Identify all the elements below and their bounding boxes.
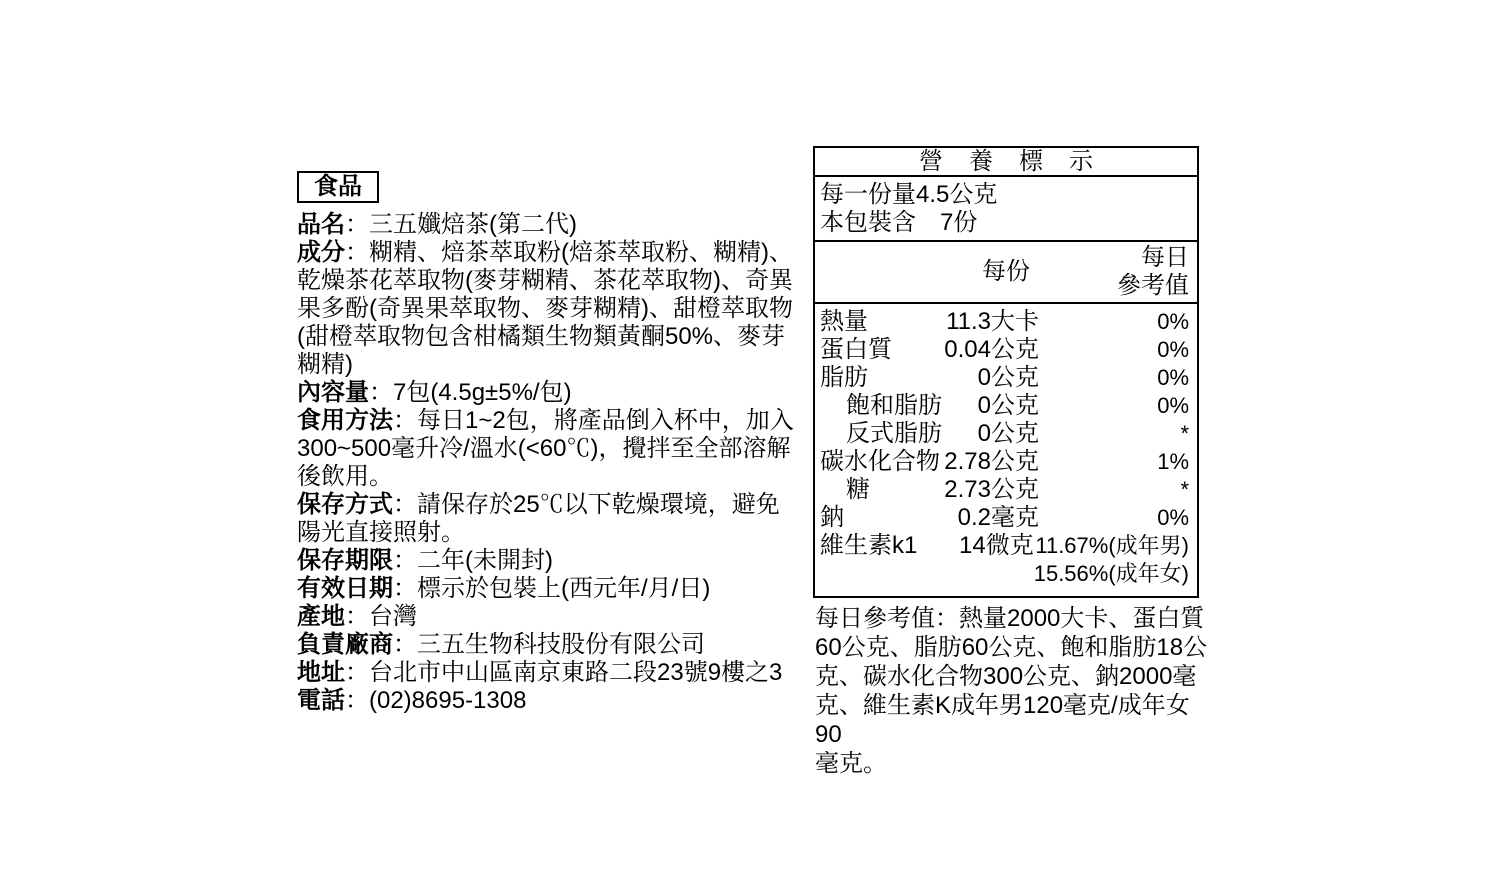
row-label: 飽和脂肪	[820, 392, 942, 420]
field-address-label: 地址	[297, 659, 345, 686]
row-daily-value: 11.67%(成年男) 15.56%(成年女)	[1034, 532, 1189, 588]
row-daily-value: 0%	[1039, 504, 1189, 532]
field-address: 地址：台北市中山區南京東路二段23號9樓之3	[297, 659, 797, 687]
food-category-label: 食品	[314, 173, 362, 200]
food-category-badge: 食品	[297, 171, 379, 203]
nutrition-row-calories: 熱量 11.3大卡 0%	[820, 308, 1189, 336]
row-value: 0公克	[942, 420, 1039, 448]
field-shelf-life: 保存期限：二年(未開封)	[297, 547, 797, 575]
field-origin-label: 產地	[297, 603, 345, 630]
field-phone-label: 電話	[297, 687, 345, 714]
field-expiry-date-label: 有效日期	[297, 575, 393, 602]
nutrition-row-sodium: 鈉 0.2毫克 0%	[820, 504, 1189, 532]
nutrition-row-trans-fat: 反式脂肪 0公克 *	[820, 420, 1189, 448]
row-value: 0.2毫克	[844, 504, 1039, 532]
row-daily-value: 0%	[1039, 392, 1189, 420]
field-shelf-life-label: 保存期限	[297, 547, 393, 574]
field-origin-value: ：台灣	[345, 603, 417, 630]
product-label-page: 食品 品名：三五孅焙茶(第二代) 成分：糊精、焙茶萃取粉(焙茶萃取粉、糊精)、 …	[0, 0, 1500, 885]
field-origin: 產地：台灣	[297, 603, 797, 631]
row-label: 熱量	[820, 308, 868, 336]
row-daily-value: 0%	[1039, 364, 1189, 392]
nutrition-serving-info: 每一份量4.5公克 本包裝含 7份	[815, 177, 1197, 242]
row-label: 鈉	[820, 504, 844, 532]
field-expiry-date-value: ：標示於包裝上(西元年/月/日)	[393, 575, 710, 602]
field-shelf-life-value: ：二年(未開封)	[393, 547, 553, 574]
nutrition-row-saturated-fat: 飽和脂肪 0公克 0%	[820, 392, 1189, 420]
row-label: 維生素k1	[820, 532, 917, 588]
field-ingredients-value: ：糊精、焙茶萃取粉(焙茶萃取粉、糊精)、 乾燥茶花萃取物(麥芽糊精、茶花萃取物)…	[297, 239, 793, 378]
nutrition-facts-table: 營養標示 每一份量4.5公克 本包裝含 7份 每份 每日 參考值 熱量 11.3…	[813, 146, 1199, 598]
row-value: 0公克	[868, 364, 1039, 392]
row-value: 2.73公克	[870, 476, 1039, 504]
row-daily-value: 0%	[1039, 336, 1189, 364]
column-header-daily-value: 每日 參考值	[1117, 244, 1189, 300]
field-phone: 電話：(02)8695-1308	[297, 687, 797, 715]
row-label: 蛋白質	[820, 336, 892, 364]
field-expiry-date: 有效日期：標示於包裝上(西元年/月/日)	[297, 575, 797, 603]
field-net-content-value: ：7包(4.5g±5%/包)	[369, 379, 572, 406]
field-phone-value: ：(02)8695-1308	[345, 687, 526, 714]
field-manufacturer-label: 負責廠商	[297, 631, 393, 658]
field-product-name: 品名：三五孅焙茶(第二代)	[297, 211, 797, 239]
nutrition-row-sugar: 糖 2.73公克 *	[820, 476, 1189, 504]
nutrition-column-header: 每份 每日 參考值	[815, 242, 1197, 304]
row-label: 糖	[820, 476, 870, 504]
row-value: 11.3大卡	[868, 308, 1039, 336]
field-net-content: 內容量：7包(4.5g±5%/包)	[297, 379, 797, 407]
row-daily-value: 0%	[1039, 308, 1189, 336]
row-daily-value: 1%	[1039, 448, 1189, 476]
field-product-name-label: 品名	[297, 211, 345, 238]
row-label: 脂肪	[820, 364, 868, 392]
field-storage-label: 保存方式	[297, 491, 393, 518]
field-address-value: ：台北市中山區南京東路二段23號9樓之3	[345, 659, 782, 686]
nutrition-title: 營養標示	[815, 148, 1197, 177]
row-value: 14微克	[917, 532, 1033, 588]
field-product-name-value: ：三五孅焙茶(第二代)	[345, 211, 577, 238]
nutrition-rows: 熱量 11.3大卡 0% 蛋白質 0.04公克 0% 脂肪 0公克 0% 飽和脂…	[815, 304, 1197, 596]
row-value: 0公克	[942, 392, 1039, 420]
nutrition-row-carbohydrate: 碳水化合物 2.78公克 1%	[820, 448, 1189, 476]
field-usage-label: 食用方法	[297, 407, 393, 434]
row-daily-value: *	[1039, 476, 1189, 504]
row-label: 碳水化合物	[820, 448, 940, 476]
nutrition-row-protein: 蛋白質 0.04公克 0%	[820, 336, 1189, 364]
product-info-panel: 食品 品名：三五孅焙茶(第二代) 成分：糊精、焙茶萃取粉(焙茶萃取粉、糊精)、 …	[297, 171, 797, 715]
field-manufacturer-value: ：三五生物科技股份有限公司	[393, 631, 705, 658]
field-ingredients-label: 成分	[297, 239, 345, 266]
row-daily-value: *	[1039, 420, 1189, 448]
daily-value-footnote: 每日參考值：熱量2000大卡、蛋白質 60公克、脂肪60公克、飽和脂肪18公 克…	[815, 604, 1215, 778]
field-net-content-label: 內容量	[297, 379, 369, 406]
row-value: 0.04公克	[892, 336, 1039, 364]
field-ingredients: 成分：糊精、焙茶萃取粉(焙茶萃取粉、糊精)、 乾燥茶花萃取物(麥芽糊精、茶花萃取…	[297, 239, 797, 379]
field-manufacturer: 負責廠商：三五生物科技股份有限公司	[297, 631, 797, 659]
field-storage: 保存方式：請保存於25℃以下乾燥環境，避免 陽光直接照射。	[297, 491, 797, 547]
row-label: 反式脂肪	[820, 420, 942, 448]
nutrition-row-fat: 脂肪 0公克 0%	[820, 364, 1189, 392]
row-value: 2.78公克	[940, 448, 1039, 476]
nutrition-row-vitamin-k1: 維生素k1 14微克 11.67%(成年男) 15.56%(成年女)	[820, 532, 1189, 588]
field-usage: 食用方法：每日1~2包，將產品倒入杯中，加入 300~500毫升冷/溫水(<60…	[297, 407, 797, 491]
